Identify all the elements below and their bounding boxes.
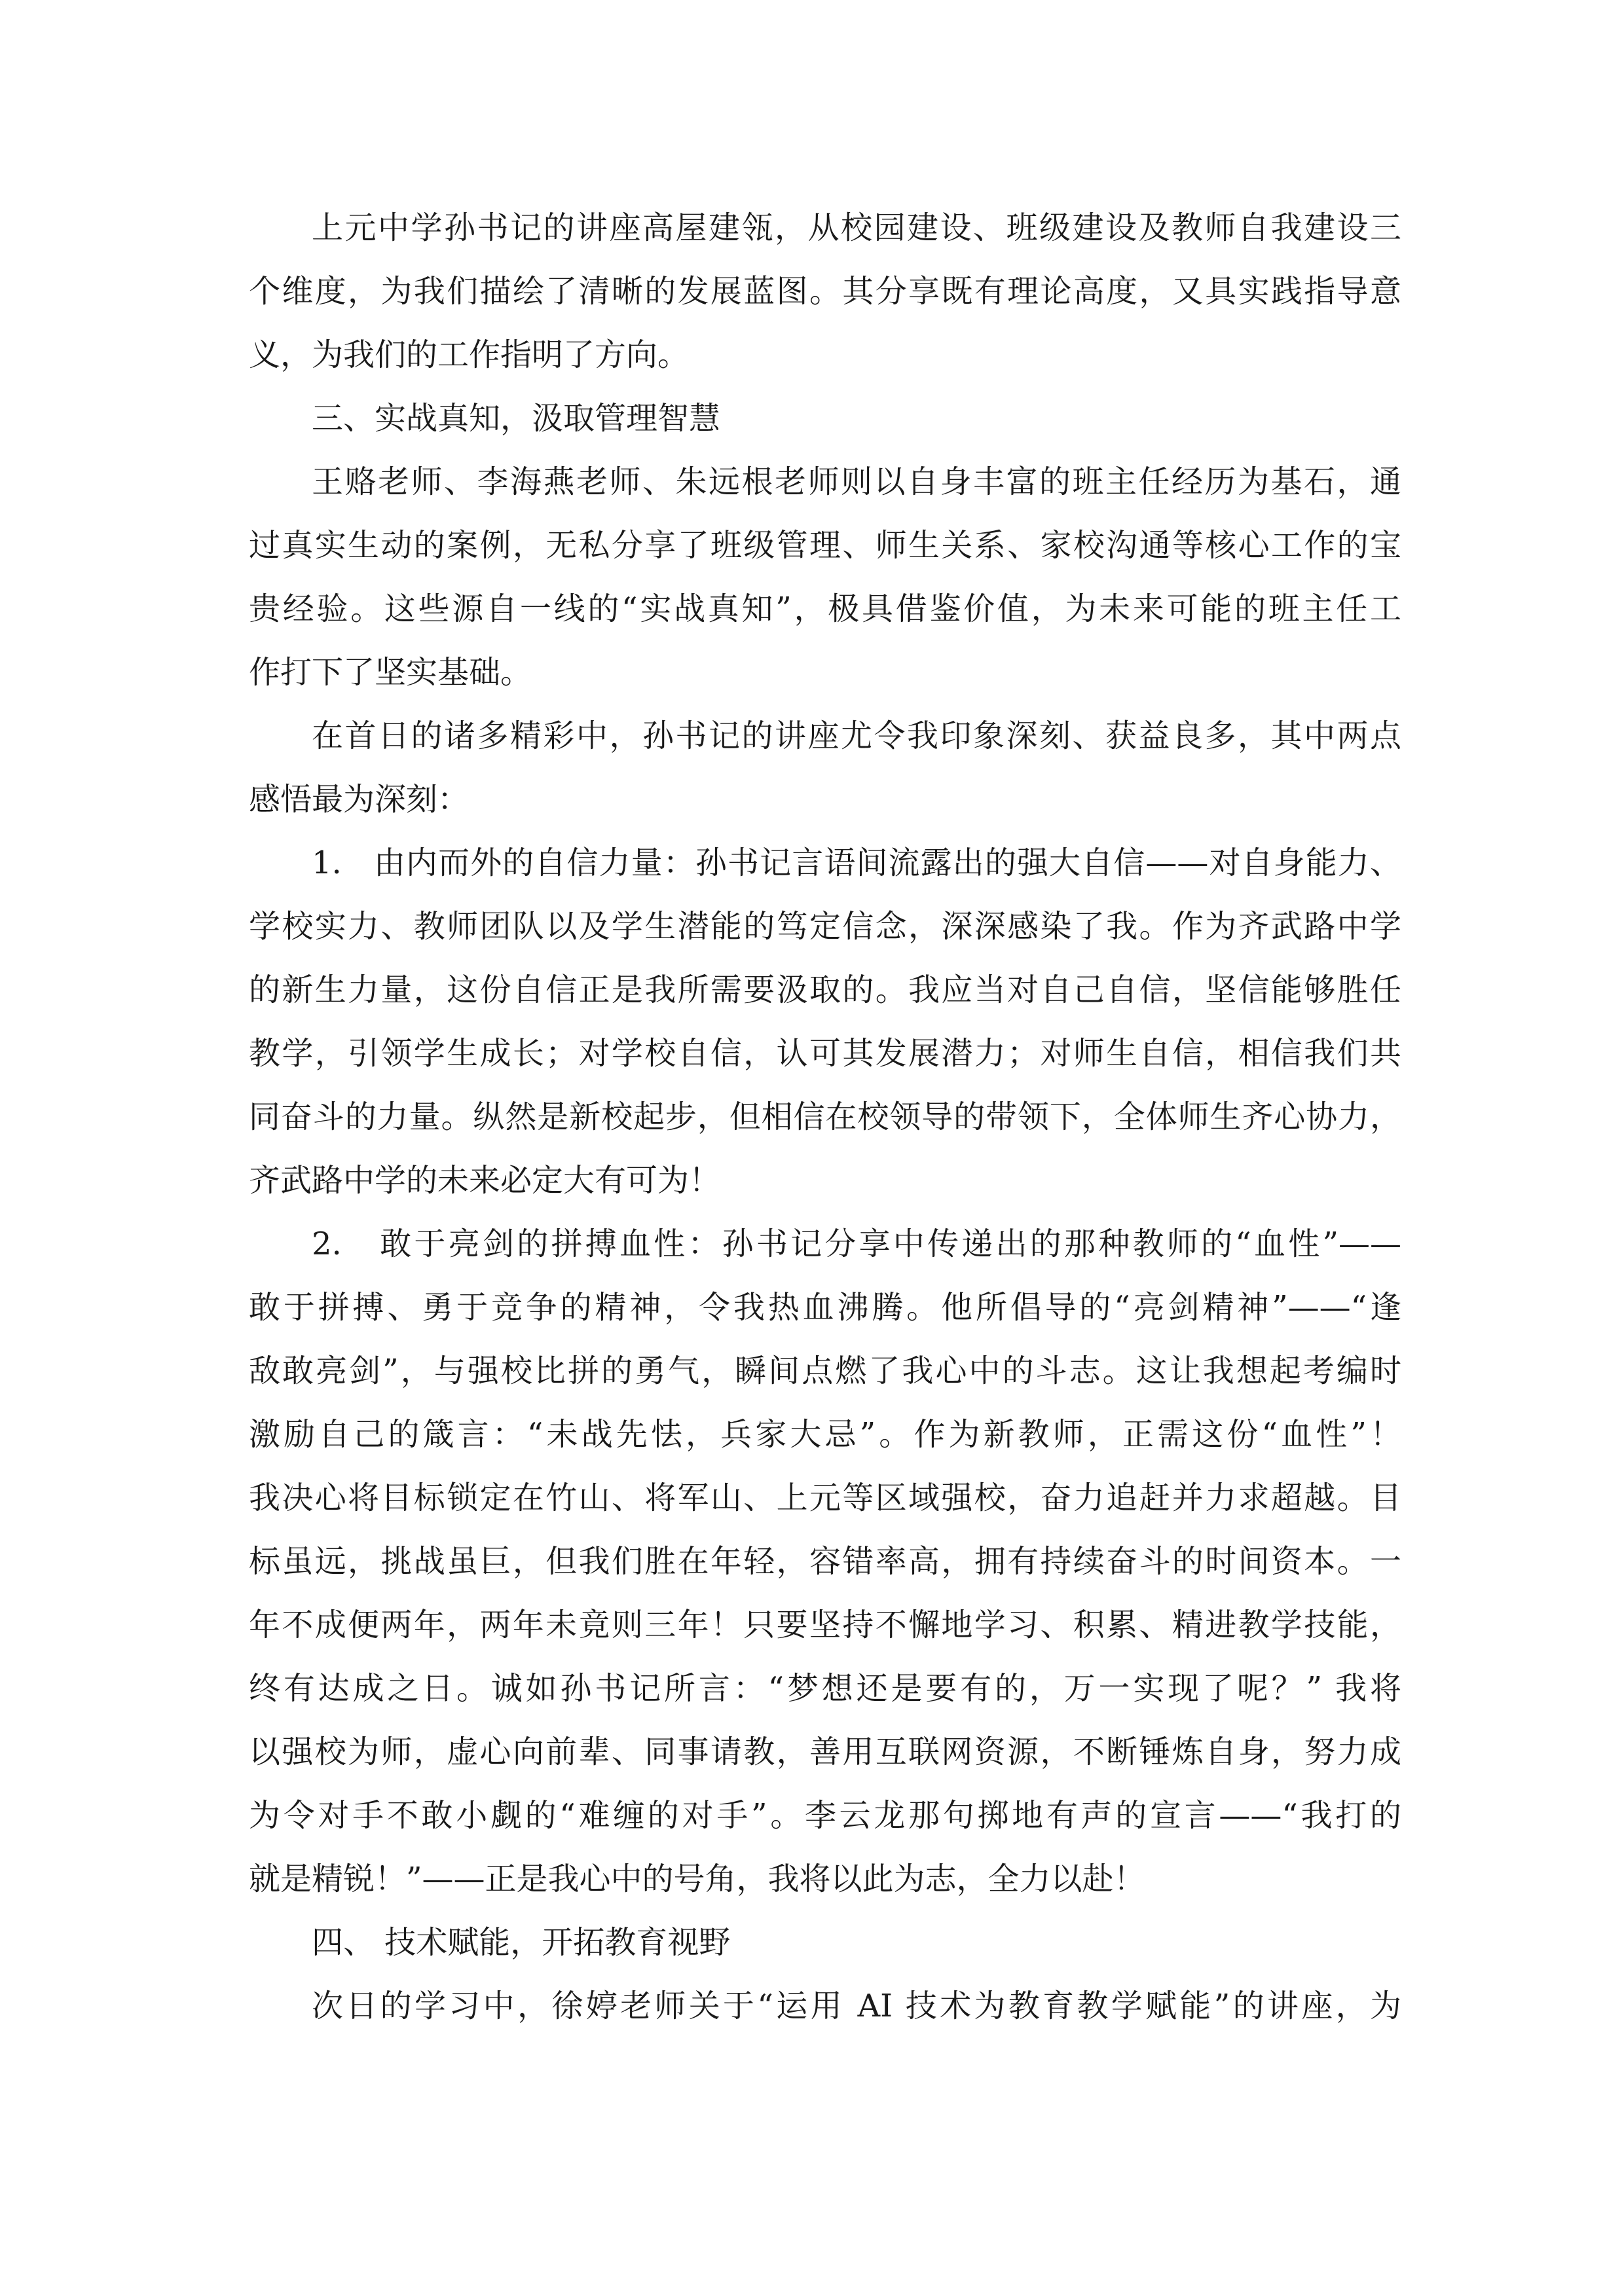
text-line: 激励自己的箴言：“未战先怯，兵家大忌”。作为新教师，正需这份“血性”！ bbox=[249, 1403, 1401, 1467]
text-line: 标虽远，挑战虽巨，但我们胜在年轻，容错率高，拥有持续奋斗的时间资本。一 bbox=[249, 1530, 1401, 1594]
text-line: 次日的学习中，徐婷老师关于“运用 AI 技术为教育教学赋能”的讲座，为 bbox=[249, 1975, 1401, 2038]
text-line: 义，为我们的工作指明了方向。 bbox=[249, 323, 1401, 387]
text-line: 在首日的诸多精彩中，孙书记的讲座尤令我印象深刻、获益良多，其中两点 bbox=[249, 704, 1401, 768]
text-line: 三、实战真知，汲取管理智慧 bbox=[249, 387, 1401, 450]
text-line: 1. 由内而外的自信力量：孙书记言语间流露出的强大自信——对自身能力、 bbox=[249, 831, 1401, 895]
text-line: 年不成便两年，两年未竟则三年！只要坚持不懈地学习、积累、精进教学技能， bbox=[249, 1594, 1401, 1657]
text-line: 王赂老师、李海燕老师、朱远根老师则以自身丰富的班主任经历为基石，通 bbox=[249, 450, 1401, 514]
text-line: 为令对手不敢小觑的“难缠的对手”。李云龙那句掷地有声的宣言——“我打的 bbox=[249, 1784, 1401, 1848]
text-line: 感悟最为深刻： bbox=[249, 768, 1401, 831]
text-line: 个维度，为我们描绘了清晰的发展蓝图。其分享既有理论高度，又具实践指导意 bbox=[249, 260, 1401, 323]
text-line: 作打下了坚实基础。 bbox=[249, 641, 1401, 704]
text-line: 学校实力、教师团队以及学生潜能的笃定信念，深深感染了我。作为齐武路中学 bbox=[249, 895, 1401, 958]
text-line: 四、 技术赋能，开拓教育视野 bbox=[249, 1911, 1401, 1975]
text-line: 同奋斗的力量。纵然是新校起步，但相信在校领导的带领下，全体师生齐心协力， bbox=[249, 1085, 1401, 1149]
text-line: 齐武路中学的未来必定大有可为！ bbox=[249, 1149, 1401, 1212]
document-page: 上元中学孙书记的讲座高屋建瓴，从校园建设、班级建设及教师自我建设三个维度，为我们… bbox=[0, 0, 1624, 2296]
text-line: 敢于拼搏、勇于竞争的精神，令我热血沸腾。他所倡导的“亮剑精神”——“逢 bbox=[249, 1276, 1401, 1339]
text-line: 2. 敢于亮剑的拼搏血性：孙书记分享中传递出的那种教师的“血性”—— bbox=[249, 1212, 1401, 1276]
text-line: 过真实生动的案例，无私分享了班级管理、师生关系、家校沟通等核心工作的宝 bbox=[249, 514, 1401, 577]
text-line: 我决心将目标锁定在竹山、将军山、上元等区域强校，奋力追赶并力求超越。目 bbox=[249, 1467, 1401, 1530]
text-line: 的新生力量，这份自信正是我所需要汲取的。我应当对自己自信，坚信能够胜任 bbox=[249, 958, 1401, 1022]
text-line: 教学，引领学生成长；对学校自信，认可其发展潜力；对师生自信，相信我们共 bbox=[249, 1022, 1401, 1085]
text-line: 上元中学孙书记的讲座高屋建瓴，从校园建设、班级建设及教师自我建设三 bbox=[249, 196, 1401, 260]
text-line: 敌敢亮剑”，与强校比拼的勇气，瞬间点燃了我心中的斗志。这让我想起考编时 bbox=[249, 1339, 1401, 1403]
text-line: 终有达成之日。诚如孙书记所言：“梦想还是要有的，万一实现了呢？” 我将 bbox=[249, 1657, 1401, 1721]
text-line: 就是精锐！”——正是我心中的号角，我将以此为志，全力以赴！ bbox=[249, 1848, 1401, 1911]
text-line: 以强校为师，虚心向前辈、同事请教，善用互联网资源，不断锤炼自身，努力成 bbox=[249, 1721, 1401, 1784]
text-line: 贵经验。这些源自一线的“实战真知”，极具借鉴价值，为未来可能的班主任工 bbox=[249, 577, 1401, 641]
document-text-block: 上元中学孙书记的讲座高屋建瓴，从校园建设、班级建设及教师自我建设三个维度，为我们… bbox=[249, 196, 1401, 2038]
